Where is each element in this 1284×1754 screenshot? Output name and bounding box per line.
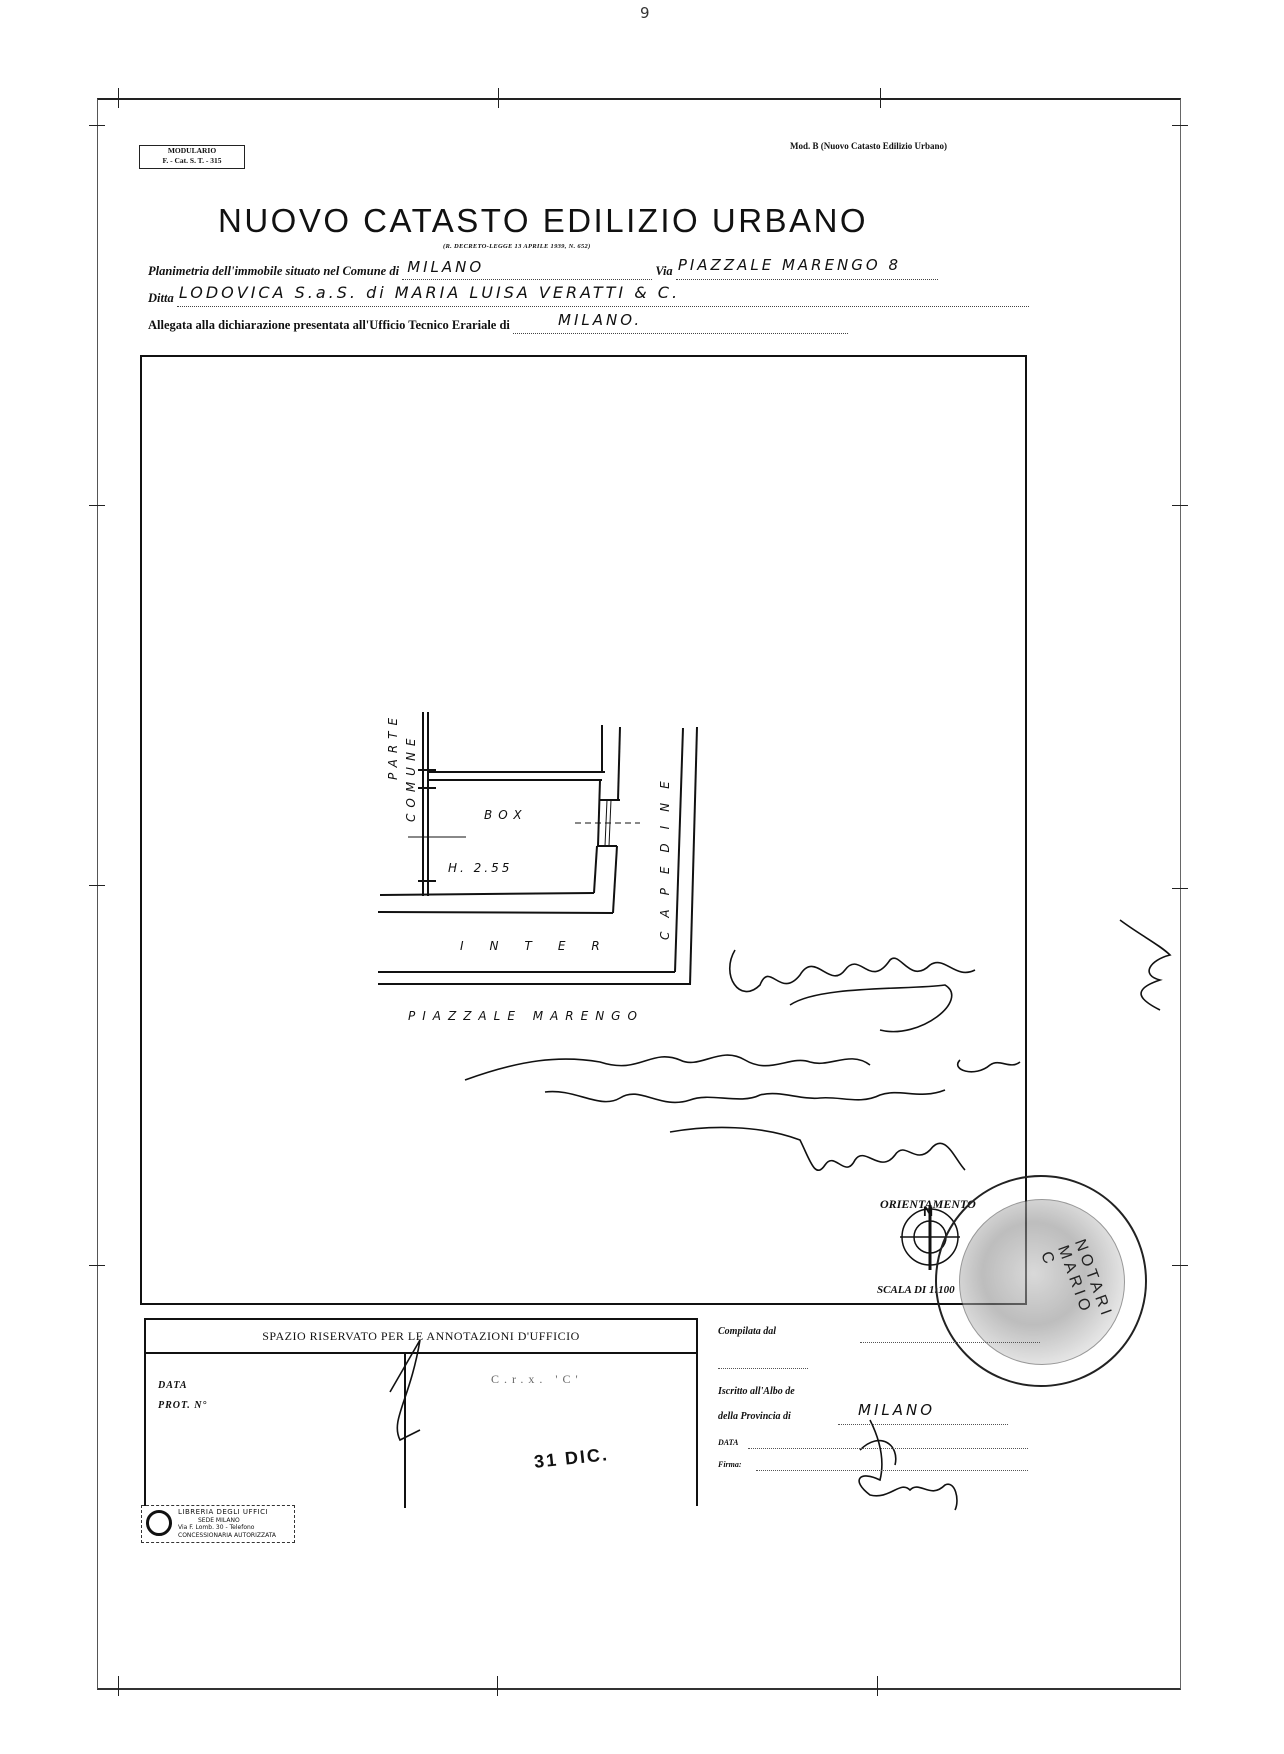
firma-field [756,1470,1028,1471]
north-label: N [923,1203,933,1219]
publisher-name: LIBRERIA DEGLI UFFICI [178,1509,276,1517]
street-label: PIAZZALE MARENGO [408,1009,644,1023]
iscritto-label: Iscritto all'Albo de [718,1386,795,1397]
date-stamp: 31 DIC. [533,1444,610,1473]
publisher-stamp: LIBRERIA DEGLI UFFICI SEDE MILANO Via F.… [141,1505,295,1543]
height-label: H. 2.55 [448,861,512,875]
annotations-header: SPAZIO RISERVATO PER LE ANNOTAZIONI D'UF… [146,1320,696,1354]
notary-seal: NOTARI MARIO C [935,1175,1147,1387]
publisher-authorization: CONCESSIONARIA AUTORIZZATA [178,1532,276,1540]
inter-label: INTER [460,939,626,953]
room-label: BOX [484,808,528,822]
publisher-city: SEDE MILANO [178,1517,276,1525]
compilation-data-field [748,1448,1028,1449]
annotation-prot-label: PROT. N° [158,1400,207,1411]
provincia-field [838,1424,1008,1425]
publisher-address: Via F. Lomb. 30 - Telefono [178,1524,276,1532]
compilata-field-2 [718,1368,808,1369]
faint-stamp: C.r.x. 'C' [491,1372,583,1387]
publisher-logo-icon [146,1510,172,1536]
comune-plan-label: COMUNE [404,732,418,822]
firma-label: Firma: [718,1460,742,1469]
annotations-divider [404,1352,406,1508]
provincia-label: della Provincia di [718,1411,791,1422]
compilata-label: Compilata dal [718,1326,776,1337]
annotation-data-label: DATA [158,1380,188,1391]
office-annotations-box: SPAZIO RISERVATO PER LE ANNOTAZIONI D'UF… [144,1318,698,1506]
compilation-data-label: DATA [718,1438,738,1447]
parte-label: PARTE [386,712,400,780]
compilata-field [860,1342,1040,1343]
provincia-value: MILANO [858,1401,935,1419]
capedine-label: CAPEDINE [658,767,672,940]
publisher-text: LIBRERIA DEGLI UFFICI SEDE MILANO Via F.… [178,1509,276,1539]
